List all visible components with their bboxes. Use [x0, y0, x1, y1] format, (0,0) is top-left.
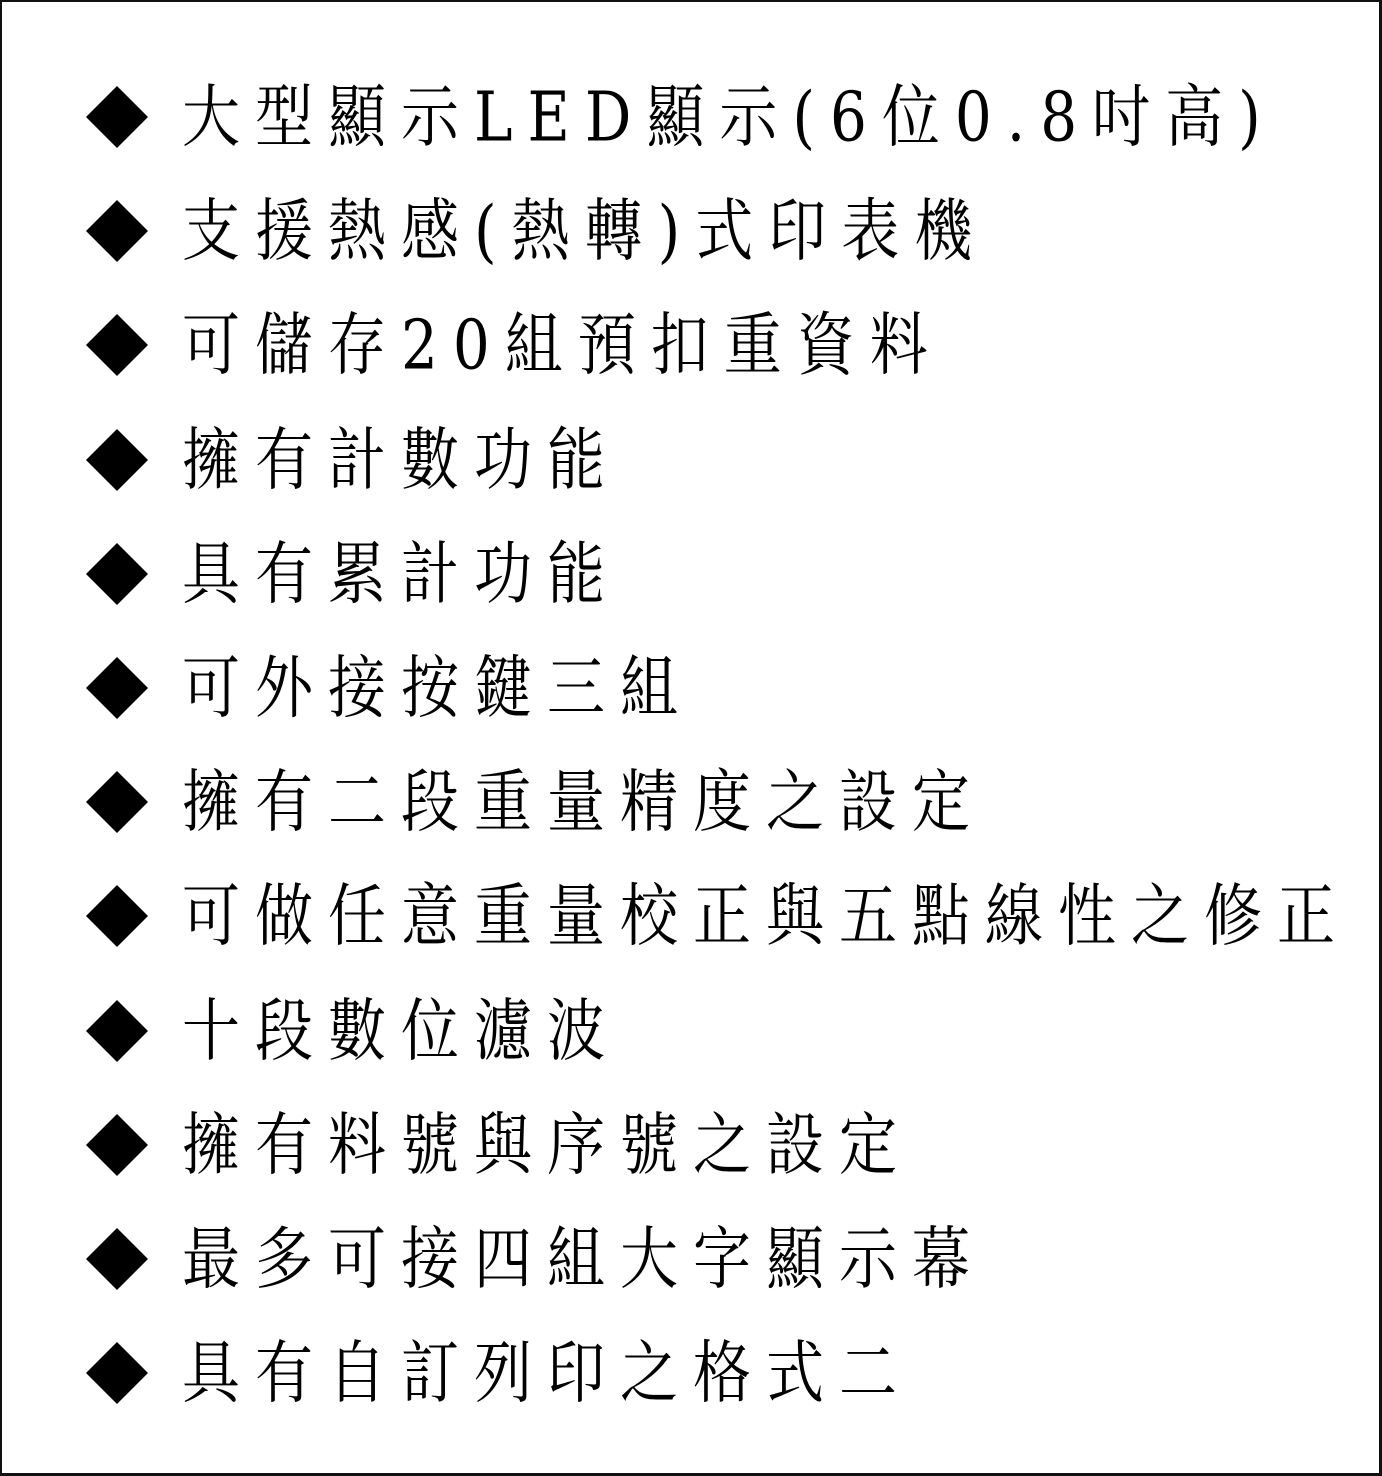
feature-item: 具有累計功能	[2, 517, 1382, 631]
feature-text: 擁有料號與序號之設定	[182, 1111, 912, 1179]
feature-text: 擁有計數功能	[182, 425, 620, 493]
feature-text: 擁有二段重量精度之設定	[182, 768, 985, 836]
feature-item: 支援熱感(熱轉)式印表機	[2, 174, 1382, 288]
black-diamond-icon	[86, 1000, 148, 1062]
feature-text: 支援熱感(熱轉)式印表機	[182, 197, 987, 265]
black-diamond-icon	[86, 86, 148, 148]
feature-text: 可儲存20組預扣重資料	[182, 311, 943, 379]
black-diamond-icon	[86, 429, 148, 491]
feature-item: 最多可接四組大字顯示幕	[2, 1202, 1382, 1316]
feature-text: 十段數位濾波	[182, 996, 620, 1064]
feature-text: 具有自訂列印之格式二	[182, 1339, 912, 1407]
feature-item: 可儲存20組預扣重資料	[2, 288, 1382, 402]
black-diamond-icon	[86, 657, 148, 719]
feature-item: 可外接按鍵三組	[2, 631, 1382, 745]
black-diamond-icon	[86, 771, 148, 833]
black-diamond-icon	[86, 885, 148, 947]
feature-item: 具有自訂列印之格式二	[2, 1316, 1382, 1430]
feature-text: 大型顯示LED顯示(6位0.8吋高)	[182, 83, 1276, 151]
feature-text: 具有累計功能	[182, 540, 620, 608]
feature-list: 大型顯示LED顯示(6位0.8吋高) 支援熱感(熱轉)式印表機 可儲存20組預扣…	[2, 60, 1382, 1430]
feature-text: 最多可接四組大字顯示幕	[182, 1225, 985, 1293]
black-diamond-icon	[86, 1342, 148, 1404]
feature-text: 可外接按鍵三組	[182, 654, 693, 722]
feature-text: 可做任意重量校正與五點線性之修正	[182, 882, 1350, 950]
black-diamond-icon	[86, 1228, 148, 1290]
feature-item: 可做任意重量校正與五點線性之修正	[2, 859, 1382, 973]
feature-item: 大型顯示LED顯示(6位0.8吋高)	[2, 60, 1382, 174]
black-diamond-icon	[86, 314, 148, 376]
document-frame: 大型顯示LED顯示(6位0.8吋高) 支援熱感(熱轉)式印表機 可儲存20組預扣…	[0, 0, 1382, 1476]
feature-item: 擁有二段重量精度之設定	[2, 745, 1382, 859]
black-diamond-icon	[86, 200, 148, 262]
black-diamond-icon	[86, 543, 148, 605]
feature-item: 十段數位濾波	[2, 974, 1382, 1088]
feature-item: 擁有計數功能	[2, 403, 1382, 517]
feature-item: 擁有料號與序號之設定	[2, 1088, 1382, 1202]
black-diamond-icon	[86, 1114, 148, 1176]
